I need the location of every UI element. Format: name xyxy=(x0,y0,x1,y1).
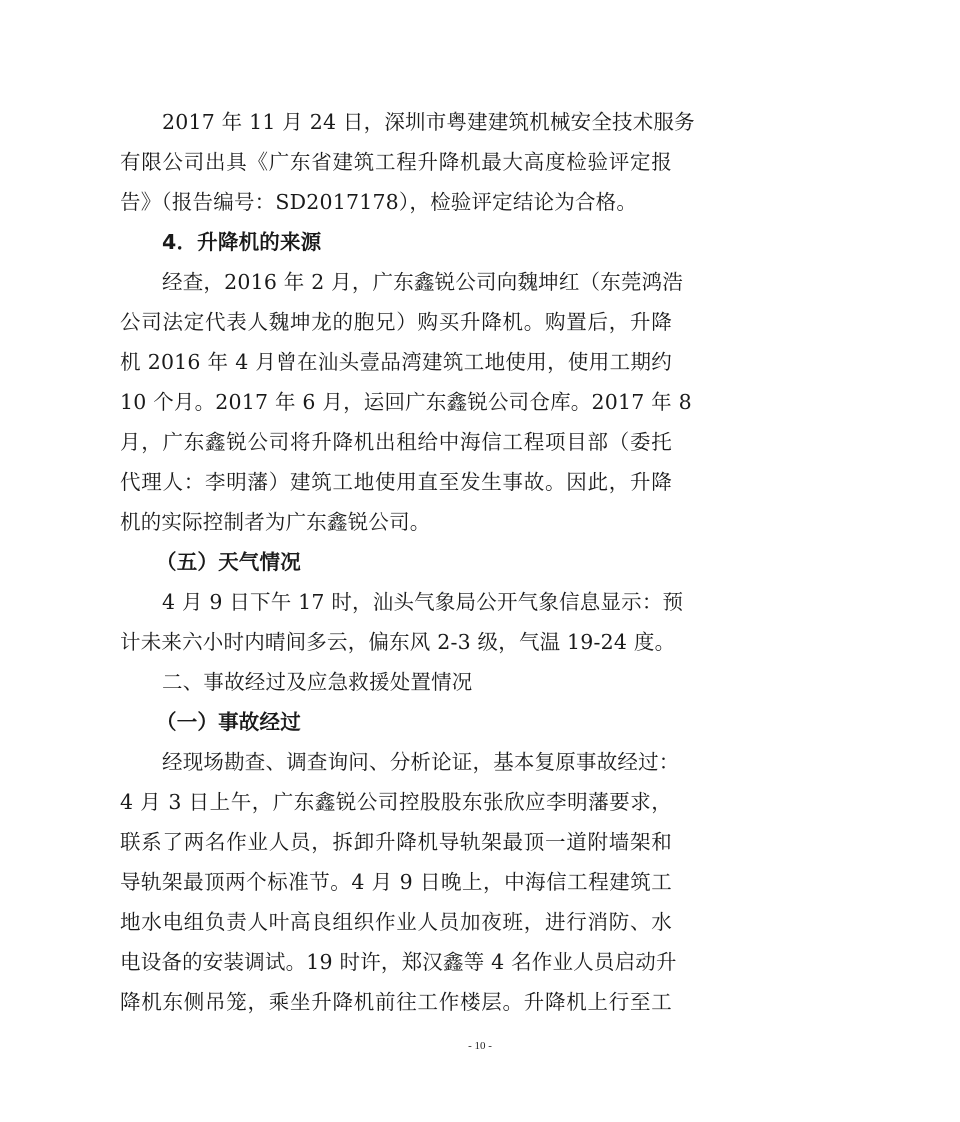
paragraph-line: 4 月 9 日下午 17 时，汕头气象局公开气象信息显示：预 xyxy=(120,582,672,622)
paragraph-line: 地水电组负责人叶高良组织作业人员加夜班，进行消防、水 xyxy=(120,902,672,942)
paragraph-line: 代理人：李明藩）建筑工地使用直至发生事故。因此，升降 xyxy=(120,462,672,502)
section-heading: （一）事故经过 xyxy=(120,702,672,742)
document-body: 2017 年 11 月 24 日，深圳市粤建建筑机械安全技术服务 有限公司出具《… xyxy=(120,102,672,1022)
paragraph-line: 机 2016 年 4 月曾在汕头壹品湾建筑工地使用，使用工期约 xyxy=(120,342,672,382)
paragraph-line: 10 个月。2017 年 6 月，运回广东鑫锐公司仓库。2017 年 8 xyxy=(120,382,672,422)
paragraph-line: 4 月 3 日上午，广东鑫锐公司控股股东张欣应李明藩要求， xyxy=(120,782,672,822)
paragraph-line: 告》（报告编号：SD2017178），检验评定结论为合格。 xyxy=(120,182,672,222)
chapter-heading: 二、事故经过及应急救援处置情况 xyxy=(120,662,672,702)
paragraph-line: 经现场勘查、调查询问、分析论证，基本复原事故经过： xyxy=(120,742,672,782)
paragraph-line: 机的实际控制者为广东鑫锐公司。 xyxy=(120,502,672,542)
paragraph-line: 月，广东鑫锐公司将升降机出租给中海信工程项目部（委托 xyxy=(120,422,672,462)
paragraph-line: 2017 年 11 月 24 日，深圳市粤建建筑机械安全技术服务 xyxy=(120,102,672,142)
section-heading: 4．升降机的来源 xyxy=(120,222,672,262)
paragraph-line: 导轨架最顶两个标准节。4 月 9 日晚上，中海信工程建筑工 xyxy=(120,862,672,902)
page-number: - 10 - xyxy=(0,1040,960,1052)
section-heading: （五）天气情况 xyxy=(120,542,672,582)
paragraph-line: 有限公司出具《广东省建筑工程升降机最大高度检验评定报 xyxy=(120,142,672,182)
paragraph-line: 联系了两名作业人员，拆卸升降机导轨架最顶一道附墙架和 xyxy=(120,822,672,862)
paragraph-line: 经查，2016 年 2 月，广东鑫锐公司向魏坤红（东莞鸿浩 xyxy=(120,262,672,302)
paragraph-line: 降机东侧吊笼，乘坐升降机前往工作楼层。升降机上行至工 xyxy=(120,982,672,1022)
paragraph-line: 计未来六小时内晴间多云，偏东风 2-3 级，气温 19-24 度。 xyxy=(120,622,672,662)
paragraph-line: 公司法定代表人魏坤龙的胞兄）购买升降机。购置后，升降 xyxy=(120,302,672,342)
paragraph-line: 电设备的安装调试。19 时许，郑汉鑫等 4 名作业人员启动升 xyxy=(120,942,672,982)
